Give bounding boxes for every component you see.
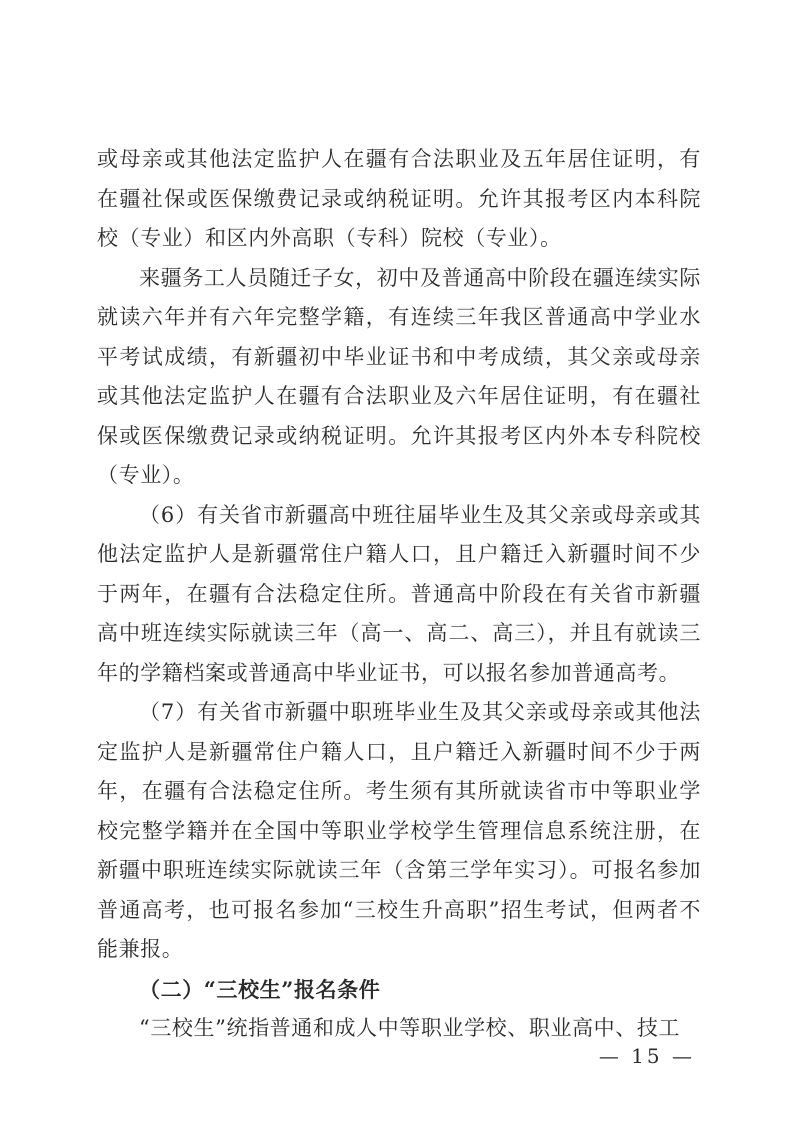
paragraph-continuation: 或母亲或其他法定监护人在疆有合法职业及五年居住证明，有在疆社保或医保缴费记录或纳…	[97, 140, 701, 259]
document-body: 或母亲或其他法定监护人在疆有合法职业及五年居住证明，有在疆社保或医保缴费记录或纳…	[97, 140, 701, 1049]
paragraph-migrant-children: 来疆务工人员随迁子女，初中及普通高中阶段在疆连续实际就读六年并有六年完整学籍，有…	[97, 259, 701, 496]
page-number: — 15 —	[599, 1044, 695, 1068]
page-number-text: — 15 —	[599, 1044, 695, 1068]
paragraph-sanxiaosheng-definition: “三校生”统指普通和成人中等职业学校、职业高中、技工	[97, 1009, 701, 1049]
paragraph-item-6: （6）有关省市新疆高中班往届毕业生及其父亲或母亲或其他法定监护人是新疆常住户籍人…	[97, 496, 701, 694]
section-heading-sanxiaosheng: （二）“三校生”报名条件	[97, 970, 701, 1010]
document-page: 或母亲或其他法定监护人在疆有合法职业及五年居住证明，有在疆社保或医保缴费记录或纳…	[0, 0, 793, 1122]
paragraph-item-7: （7）有关省市新疆中职班毕业生及其父亲或母亲或其他法定监护人是新疆常住户籍人口，…	[97, 693, 701, 970]
